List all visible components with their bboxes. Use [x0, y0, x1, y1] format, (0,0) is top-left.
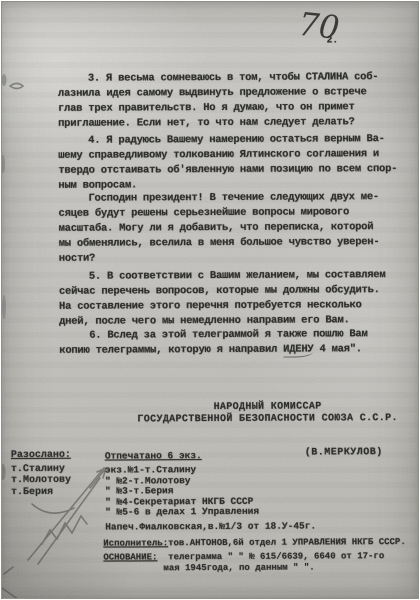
basis-label: ОСНОВАНИЕ:: [103, 552, 157, 562]
copies-list: Отпечатано 6 экз. экз.№1-т.Сталину " №2-…: [105, 451, 259, 518]
text-line: твердо отстаивать об'явленную нами позиц…: [58, 162, 410, 179]
scanned-archive-document: { "page": { "handwritten_number": "70", …: [0, 0, 420, 600]
text-line: мы обменялись, вселила в меня большое чу…: [59, 235, 411, 252]
executor-text: тов.АНТОНОВ,6й отдел 1 УПРАВЛЕНИЯ НКГБ С…: [168, 537, 406, 548]
recipient: т.Берия: [11, 486, 71, 498]
recipient: т.Молотову: [11, 475, 71, 487]
typist-note: Напеч.Фиалковская,в.№1/3 от 18.У-45г.: [105, 520, 316, 532]
executor-label: Исполнитель:: [103, 538, 168, 548]
commissar-title-line2: ГОСУДАРСТВЕННОЙ БЕЗОПАСНОСТИ СОЮЗА С.С.Р…: [123, 412, 413, 425]
paragraph-5: 5. В соответствии с Вашим желанием, мы с…: [59, 268, 411, 330]
signature-name: (В.МЕРКУЛОВ): [305, 447, 383, 458]
text-segment: копию телеграммы, которую я направил: [59, 344, 283, 357]
paragraph-3: 3. Я весьма сомневаюсь в том, чтобы СТАЛ…: [58, 70, 410, 132]
document-page: 2. 3. Я весьма сомневаюсь в том, чтобы С…: [1, 1, 419, 599]
executor-note: Исполнитель:тов.АНТОНОВ,6й отдел 1 УПРАВ…: [103, 537, 406, 549]
recipient: т.Сталину: [11, 463, 71, 475]
text-segment: 4 мая".: [313, 343, 361, 355]
signature-title-block: НАРОДНЫЙ КОМИССАР ГОСУДАРСТВЕННОЙ БЕЗОПА…: [123, 401, 413, 426]
copies-label: Отпечатано 6 экз.: [105, 451, 259, 462]
paragraph-address: Господин президент! В течение следующих …: [58, 190, 410, 267]
typed-page-number: 2.: [327, 34, 338, 45]
underlined-name-eden: ИДЕНУ: [283, 343, 313, 357]
paragraph-6: 6. Вслед за этой телеграммой я также пош…: [59, 327, 411, 359]
basis-text: телеграмма " " № 615/6639, 6640 от 17-го: [168, 551, 384, 562]
basis-line: ОСНОВАНИЕ: телеграмма " " № 615/6639, 66…: [103, 551, 384, 563]
basis-text: [157, 552, 168, 562]
text-line: копию телеграммы, которую я направил ИДЕ…: [59, 342, 411, 359]
text-line: лазнила идея самому выдвинуть предложени…: [58, 85, 410, 102]
copy-entry: " №5-6 в делах 1 Управления: [105, 507, 259, 518]
distribution-list: Разослано: т.Сталину т.Молотову т.Берия: [11, 450, 71, 498]
basis-line: мая 1945года, по данным " ".: [103, 562, 384, 574]
text-line: Господин президент! В течение следующих …: [58, 190, 410, 207]
text-line: ности?: [59, 250, 411, 267]
typed-content: 2. 3. Я весьма сомневаюсь в том, чтобы С…: [1, 1, 419, 599]
distribution-label: Разослано:: [11, 450, 71, 462]
text-line: На составление этого перечня потребуется…: [59, 298, 411, 315]
text-line: приглашение. Если нет, то что нам следуе…: [58, 115, 410, 132]
basis-note: ОСНОВАНИЕ: телеграмма " " № 615/6639, 66…: [103, 551, 384, 573]
paragraph-4: 4. Я радуюсь Вашему намерению остаться в…: [58, 132, 410, 194]
